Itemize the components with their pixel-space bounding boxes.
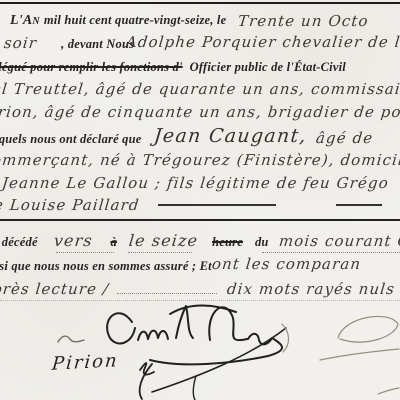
handwritten-date: Trente un Octo	[237, 12, 370, 30]
fill-dash	[158, 204, 276, 206]
handwritten-text: mois courant Che	[278, 232, 400, 250]
dotted-guide-line	[56, 252, 114, 253]
printed-struck-text: à	[110, 235, 116, 249]
record-line-assurance: ainsi que nous nous en sommes assuré ; E…	[0, 256, 361, 275]
record-line-death-time: est décédé vers à le seize heure du mois…	[0, 231, 400, 251]
signatures-ink-layer	[0, 298, 400, 400]
record-line-officer: soir , devant Nous Adolphe Porquier chev…	[4, 34, 400, 53]
printed-text: du	[255, 235, 269, 249]
printed-text: ainsi que nous nous en sommes assuré ; E…	[0, 259, 212, 273]
record-line-witness-1: el Treuttel, âgé de quarante un ans, com…	[0, 80, 400, 99]
fill-dash	[336, 204, 382, 206]
handwritten-text: e Louise Paillard	[0, 196, 141, 214]
handwritten-text: vers	[53, 231, 94, 250]
handwritten-text: âgé de	[315, 129, 374, 147]
record-line-parents: Jeanne Le Gallou ; fils légitime de feu …	[2, 174, 389, 193]
record-line-year: L'An mil huit cent quatre-vingt-seize, l…	[10, 10, 369, 29]
printed-text: mil huit cent quatre-vingt-seize, le	[44, 13, 227, 27]
printed-text: esquels nous ont déclaré que	[0, 132, 142, 146]
dotted-guide-line	[128, 252, 192, 253]
record-line-function: délégué pour remplir les fonctions d' Of…	[0, 58, 346, 76]
printed-struck-text: heure	[212, 235, 243, 249]
handwritten-erasures-note: dix mots rayés nuls e	[226, 280, 400, 298]
handwritten-text: soir	[3, 34, 38, 52]
handwritten-text: ont les comparan	[211, 255, 362, 273]
record-line-mother: e Louise Paillard	[0, 196, 382, 215]
dotted-guide-line	[117, 283, 217, 294]
printed-struck-text: délégué pour remplir les fonctions d'	[0, 60, 183, 74]
handwritten-text: el Treuttel, âgé de quarante un ans, com…	[0, 80, 400, 98]
signature-treuttel-scrawl	[107, 306, 286, 393]
signature-pirion-paraph	[140, 363, 196, 400]
printed-text: , devant Nous	[61, 37, 134, 51]
handwritten-text: irion, âgé de cinquante un ans, brigadie…	[0, 103, 400, 121]
handwritten-deceased-name: Jean Caugant,	[152, 125, 307, 147]
handwritten-text: après lecture /	[0, 280, 110, 298]
handwritten-officer-name: Adolphe Porquier chevalier de la Légion …	[125, 33, 400, 51]
signature-faint-marks	[282, 316, 399, 394]
handwritten-date-of-death: le seize	[128, 231, 199, 250]
top-rule	[0, 2, 400, 4]
signature-initial-mark	[58, 336, 84, 342]
record-line-mentions: après lecture / dix mots rayés nuls e	[0, 280, 400, 299]
handwritten-text: ommerçant, né à Trégourez (Finistère), d…	[0, 151, 400, 169]
record-line-witness-2: irion, âgé de cinquante un ans, brigadie…	[0, 103, 400, 122]
printed-text: L'An	[10, 13, 40, 28]
dotted-guide-line	[262, 252, 400, 253]
record-line-birthplace: ommerçant, né à Trégourez (Finistère), d…	[0, 151, 400, 170]
section-divider-rule	[0, 219, 400, 221]
record-line-declaration: esquels nous ont déclaré que Jean Caugan…	[0, 126, 374, 148]
handwritten-text: Jeanne Le Gallou ; fils légitime de feu …	[1, 174, 390, 192]
civil-record-scan: L'An mil huit cent quatre-vingt-seize, l…	[0, 0, 400, 400]
printed-text: est décédé	[0, 235, 38, 249]
printed-text: Officier public de l'État-Civil	[190, 60, 346, 74]
